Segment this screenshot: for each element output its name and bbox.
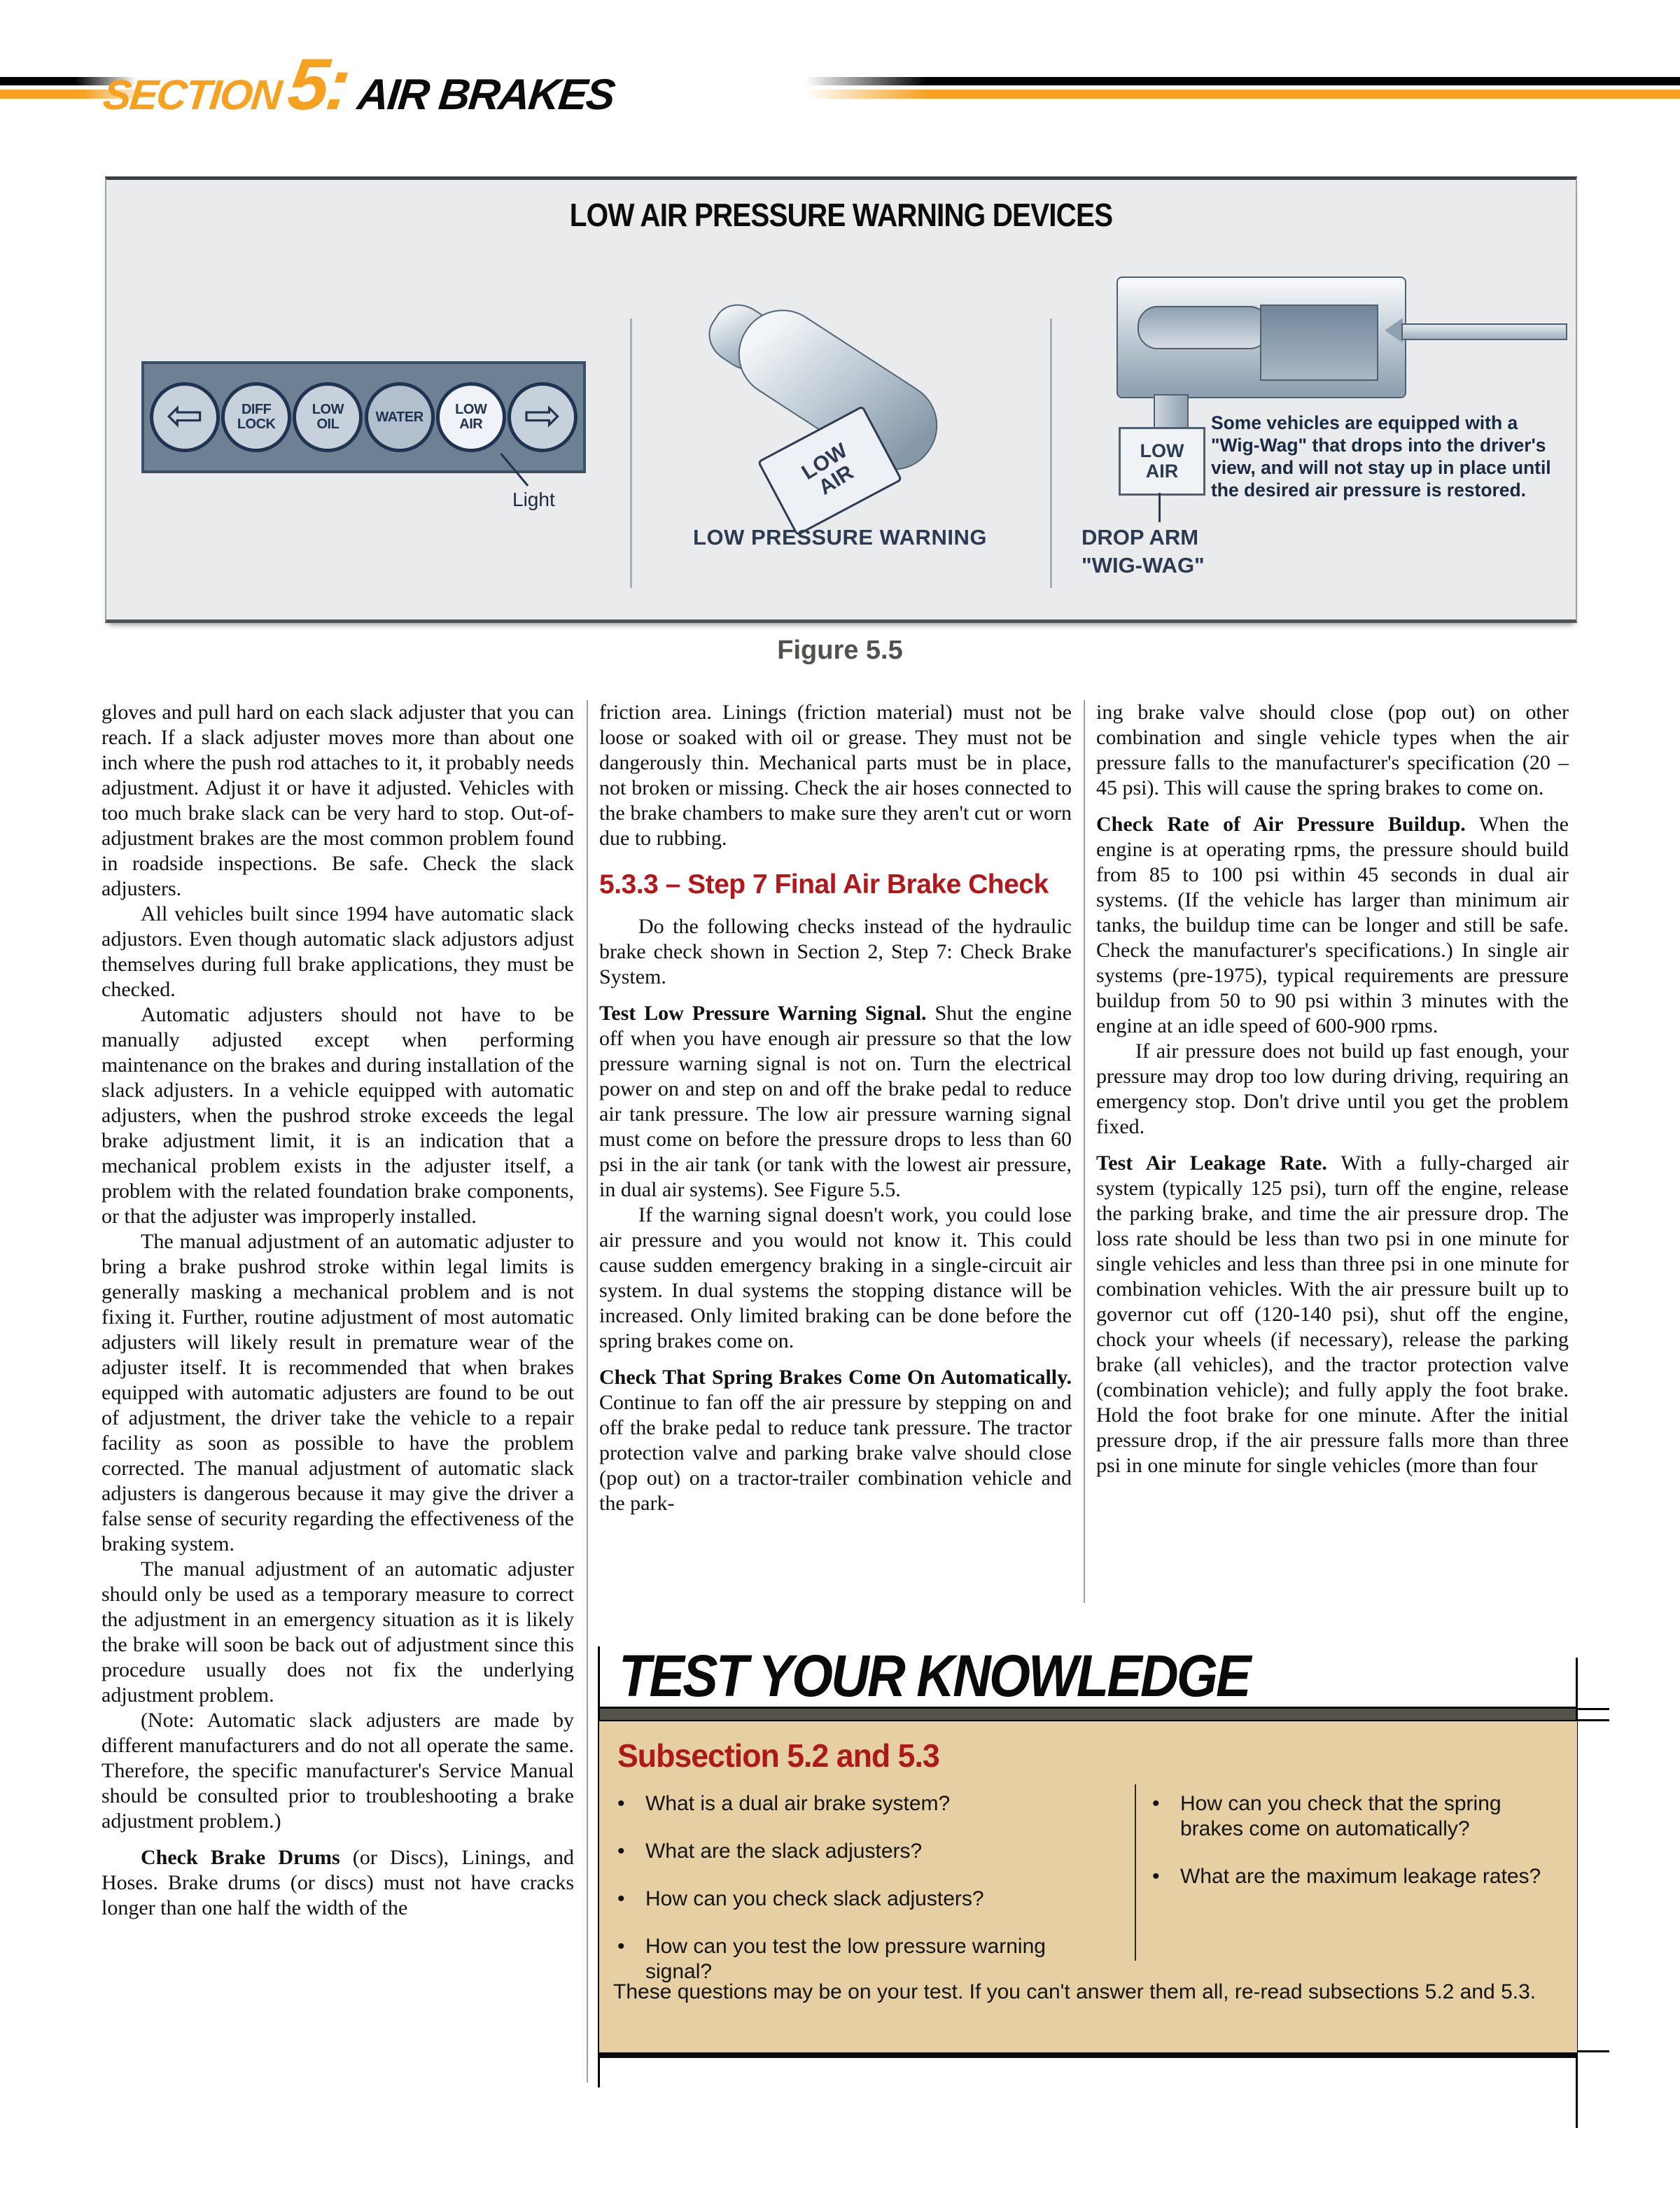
- wigwag-sign-text: LOW AIR: [1140, 441, 1184, 482]
- section-header: SECTION 5: AIR BRAKES: [100, 43, 619, 127]
- wigwag-caption-line1: DROP ARM: [1081, 524, 1205, 552]
- body-paragraph: Automatic adjusters should not have to b…: [101, 1002, 574, 1229]
- quiz-title: TEST YOUR KNOWLEDGE: [619, 1646, 1249, 1705]
- quiz-crop-mark-2: [1577, 1719, 1609, 1721]
- quiz-bullet-text: What is a dual air brake system?: [645, 1791, 950, 1816]
- body-paragraph: The manual adjustment of an automatic ad…: [101, 1557, 574, 1708]
- warning-light-panel: ⇦DIFF LOCKLOW OILWATERLOW AIR⇨: [141, 361, 586, 473]
- wigwag-recess-illustration: [1260, 304, 1378, 381]
- body-paragraph: Check That Spring Brakes Come On Automat…: [599, 1365, 1072, 1516]
- paragraph-lead: Test Air Leakage Rate.: [1096, 1151, 1327, 1175]
- body-paragraph: The manual adjustment of an automatic ad…: [101, 1229, 574, 1557]
- figure-panel-divider-2: [1050, 318, 1052, 588]
- manual-page: SECTION 5: AIR BRAKES LOW AIR PRESSURE W…: [0, 0, 1680, 2205]
- wigwag-pointer-arm: [1401, 323, 1567, 340]
- quiz-bullet: •How can you check that the spring brake…: [1152, 1791, 1559, 1842]
- quiz-crop-mark-1: [1577, 1708, 1609, 1710]
- warning-light-label: LOW AIR: [455, 402, 486, 432]
- paragraph-lead: Check Rate of Air Pressure Buildup.: [1096, 813, 1466, 836]
- body-paragraph: Do the following checks instead of the h…: [599, 914, 1072, 990]
- figure-caption: Figure 5.5: [630, 636, 1050, 666]
- figure-panel-divider-1: [630, 318, 632, 588]
- wigwag-note: Some vehicles are equipped with a "Wig-W…: [1211, 412, 1557, 501]
- arrow-right-icon: ⇨: [524, 393, 561, 438]
- warning-light-low-air: LOW AIR: [436, 382, 506, 452]
- quiz-crop-mark-3: [1577, 2050, 1609, 2052]
- body-paragraph: (Note: Automatic slack adjusters are mad…: [101, 1708, 574, 1834]
- bullet-icon: •: [617, 1886, 645, 1912]
- body-paragraph: Test Low Pressure Warning Signal. Shut t…: [599, 1001, 1072, 1203]
- quiz-bullets-left: •What is a dual air brake system?•What a…: [617, 1791, 1135, 2007]
- paragraph-lead: Test Low Pressure Warning Signal.: [599, 1002, 927, 1025]
- quiz-bullet: •What are the maximum leakage rates?: [1152, 1864, 1559, 1889]
- paragraph-lead: Check Brake Drums: [141, 1846, 340, 1869]
- warning-light-label: LOW OIL: [312, 402, 344, 432]
- quiz-bullet-text: How can you test the low pressure warnin…: [645, 1934, 1107, 1984]
- bullet-icon: •: [1152, 1864, 1180, 1889]
- quiz-bullets-right: •How can you check that the spring brake…: [1135, 1791, 1559, 2007]
- section-number: 5:: [284, 43, 352, 127]
- text-column-3: ing brake valve should close (pop out) o…: [1096, 700, 1569, 1478]
- quiz-bullet-text: How can you check slack adjusters?: [645, 1886, 984, 1912]
- wigwag-caption-line2: "WIG-WAG": [1081, 552, 1205, 580]
- low-air-flag-text: LOW AIR: [797, 440, 862, 503]
- arrow-left-icon: ⇦: [150, 382, 220, 452]
- wigwag-caption: DROP ARM "WIG-WAG": [1081, 524, 1205, 580]
- text-column-2: friction area. Linings (friction materia…: [599, 700, 1072, 1516]
- section-word: SECTION: [101, 71, 283, 119]
- paragraph-lead: Check That Spring Brakes Come On Automat…: [599, 1366, 1072, 1389]
- section-heading: 5.3.3 – Step 7 Final Air Brake Check: [599, 869, 1072, 900]
- bullet-icon: •: [1152, 1791, 1180, 1842]
- arrow-left-icon: ⇦: [166, 393, 204, 438]
- body-paragraph: If air pressure does not build up fast e…: [1096, 1039, 1569, 1140]
- body-paragraph: friction area. Linings (friction materia…: [599, 700, 1072, 851]
- quiz-bullet: •What is a dual air brake system?: [617, 1791, 1107, 1816]
- quiz-bullet-text: What are the maximum leakage rates?: [1180, 1864, 1541, 1889]
- warning-light-low-oil: LOW OIL: [293, 382, 363, 452]
- body-paragraph: gloves and pull hard on each slack adjus…: [101, 700, 574, 902]
- quiz-box: Subsection 5.2 and 5.3 •What is a dual a…: [599, 1721, 1577, 2058]
- body-paragraph: ing brake valve should close (pop out) o…: [1096, 700, 1569, 801]
- figure-box-title: LOW AIR PRESSURE WARNING DEVICES: [193, 196, 1489, 234]
- quiz-bullet-columns: •What is a dual air brake system?•What a…: [617, 1791, 1559, 2007]
- body-paragraph: All vehicles built since 1994 have autom…: [101, 902, 574, 1002]
- body-paragraph: Test Air Leakage Rate. With a fully-char…: [1096, 1151, 1569, 1478]
- quiz-bullet: •How can you test the low pressure warni…: [617, 1934, 1107, 1984]
- low-pressure-warning-caption: LOW PRESSURE WARNING: [658, 525, 1022, 550]
- column-divider-2: [1084, 700, 1085, 1603]
- wigwag-pointer-tip: [1385, 318, 1403, 343]
- wigwag-callout-line: [1158, 493, 1161, 522]
- bullet-icon: •: [617, 1791, 645, 1816]
- body-paragraph: If the warning signal doesn't work, you …: [599, 1203, 1072, 1354]
- bullet-icon: •: [617, 1839, 645, 1864]
- arrow-right-icon: ⇨: [507, 382, 577, 452]
- quiz-title-bar: [599, 1707, 1577, 1721]
- wigwag-low-air-sign: LOW AIR: [1119, 427, 1205, 496]
- text-column-1: gloves and pull hard on each slack adjus…: [101, 700, 574, 1921]
- column-divider-1: [587, 700, 588, 2082]
- warning-light-label: WATER: [375, 410, 423, 425]
- warning-light-water: WATER: [365, 382, 435, 452]
- wigwag-tongue-illustration: [1137, 306, 1270, 349]
- bullet-icon: •: [617, 1934, 645, 1984]
- quiz-subsection-heading: Subsection 5.2 and 5.3: [617, 1737, 939, 1774]
- light-callout-label: Light: [512, 489, 555, 511]
- quiz-bullet-text: What are the slack adjusters?: [645, 1839, 922, 1864]
- quiz-bullet: •What are the slack adjusters?: [617, 1839, 1107, 1864]
- body-paragraph: Check Rate of Air Pressure Buildup. When…: [1096, 812, 1569, 1039]
- wigwag-drop-arm: [1154, 394, 1189, 432]
- header-stripe-black-right: [805, 77, 1680, 85]
- body-paragraph: Check Brake Drums (or Discs), Linings, a…: [101, 1845, 574, 1921]
- quiz-bullet-text: How can you check that the spring brakes…: [1180, 1791, 1559, 1842]
- quiz-bullet: •How can you check slack adjusters?: [617, 1886, 1107, 1912]
- section-title: AIR BRAKES: [355, 70, 616, 120]
- quiz-footer: These questions may be on your test. If …: [613, 1979, 1565, 2005]
- warning-light-label: DIFF LOCK: [237, 402, 276, 432]
- warning-light-diff-lock: DIFF LOCK: [221, 382, 291, 452]
- header-stripe-orange-right: [805, 90, 1680, 99]
